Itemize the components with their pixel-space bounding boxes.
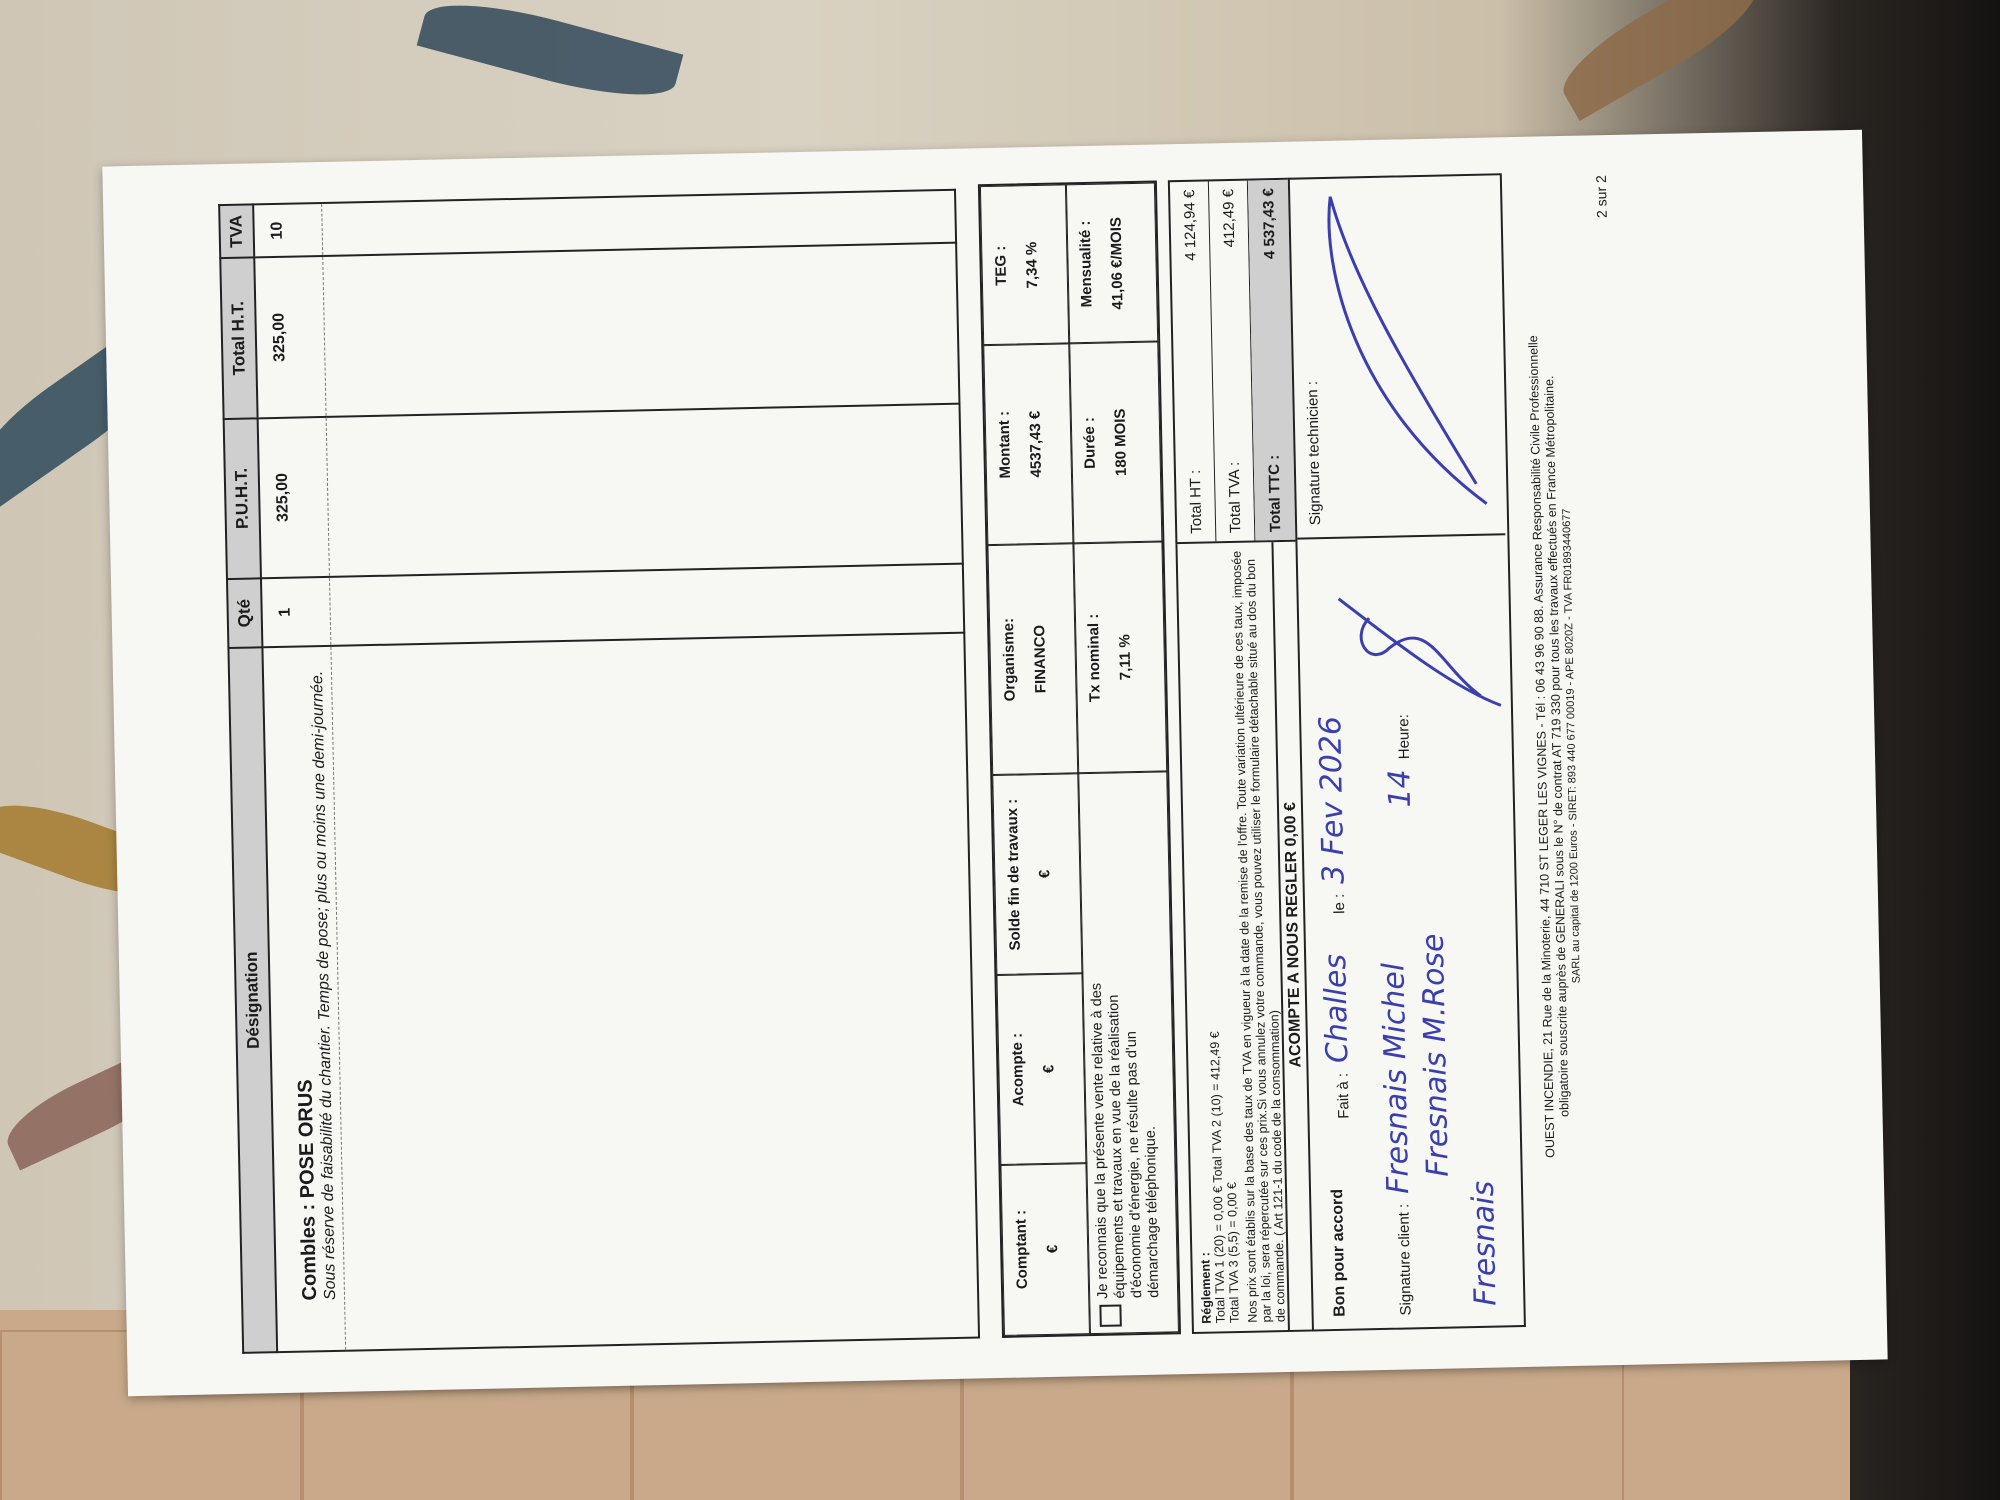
date-value[interactable]: 3 Fev 2026	[1313, 716, 1352, 885]
acompte-cell: Acompte : €	[996, 972, 1087, 1166]
client-signature-scribble	[1328, 585, 1511, 729]
teg-cell: TEG : 7,34 %	[980, 184, 1070, 346]
tablecloth-leaf	[417, 0, 684, 113]
montant-cell: Montant : 4537,43 €	[983, 342, 1074, 546]
header-qty: Qté	[227, 578, 262, 648]
page-content: Désignation Qté P.U.H.T. Total H.T. TVA …	[102, 130, 1887, 1397]
header-tva: TVA	[219, 204, 254, 258]
bon-pour-accord: Bon pour accord	[1329, 1189, 1350, 1317]
table-row-empty	[322, 190, 979, 1351]
mensualite-cell: Mensualité : 41,06 €/MOIS	[1065, 183, 1158, 345]
client-name-1[interactable]: Fresnais Michel	[1376, 962, 1416, 1194]
tx-nominal-cell: Tx nominal : 7,11 %	[1072, 540, 1167, 774]
item-total: 325,00	[254, 256, 326, 418]
header-total-ht: Total H.T.	[220, 258, 257, 419]
item-tva: 10	[253, 203, 323, 258]
tablecloth-leaf	[1550, 0, 1771, 121]
duree-cell: Durée : 180 MOIS	[1068, 340, 1162, 544]
company-footer: OUEST INCENDIE, 21 Rue de la Minoterie, …	[1523, 196, 1591, 1297]
tech-signature-area: Signature technicien :	[1290, 175, 1505, 539]
payment-box: Comptant : € Acompte : € Solde fin de tr…	[978, 180, 1181, 1337]
fait-a-value[interactable]: Challes	[1318, 954, 1355, 1064]
totals-box: Total HT :4 124,94 € Total TVA :412,49 €…	[1168, 178, 1300, 545]
item-unit-price: 325,00	[258, 417, 330, 579]
reglement-box: Réglement : Total TVA 1 (20) = 0,00 € To…	[1175, 538, 1316, 1334]
heure-value[interactable]: 14	[1382, 769, 1418, 808]
signature-box: Bon pour accord Fait à : Challes le : 3 …	[1288, 173, 1526, 1331]
quote-page: Désignation Qté P.U.H.T. Total H.T. TVA …	[102, 130, 1887, 1397]
page-number: 2 sur 2	[1593, 175, 1610, 218]
header-unit-price: P.U.H.T.	[224, 418, 261, 579]
client-name-2[interactable]: Fresnais M.Rose	[1416, 933, 1456, 1177]
items-table: Désignation Qté P.U.H.T. Total H.T. TVA …	[218, 189, 980, 1354]
tech-signature-scribble	[1310, 184, 1497, 528]
organisme-cell: Organisme: FINANCO	[987, 542, 1079, 776]
acknowledgement-text: Je reconnais que la présente vente relat…	[1088, 968, 1163, 1299]
comptant-cell: Comptant : €	[1000, 1162, 1091, 1336]
acknowledgement-cell: Je reconnais que la présente vente relat…	[1077, 770, 1179, 1334]
client-signature[interactable]: Fresnais	[1466, 1180, 1504, 1306]
item-qty: 1	[261, 577, 331, 648]
acknowledgement-checkbox[interactable]	[1099, 1304, 1121, 1326]
solde-cell: Solde fin de travaux : €	[992, 772, 1083, 976]
